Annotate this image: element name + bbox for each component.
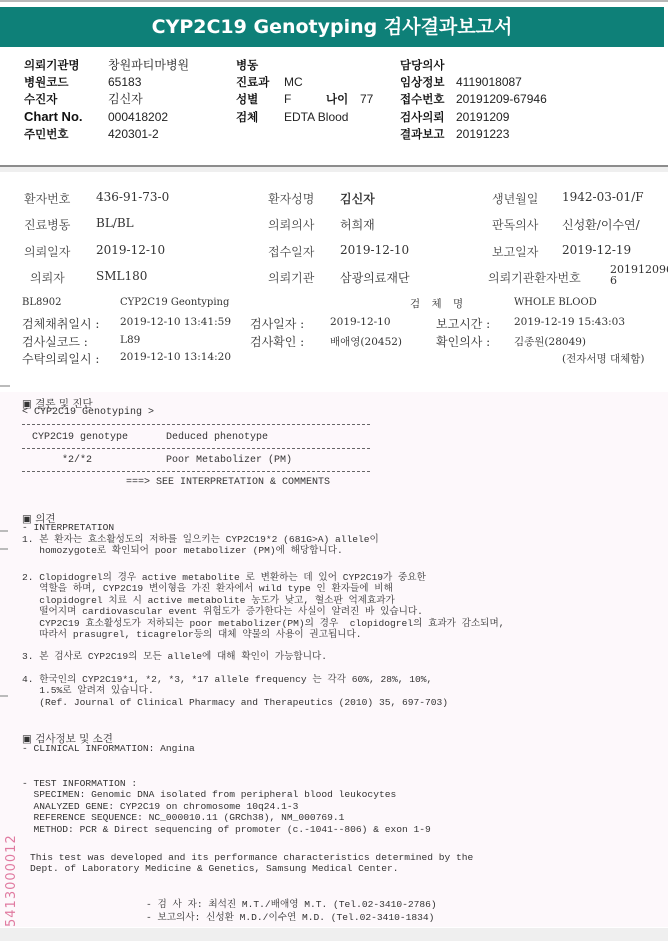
interpretation-item: 4. 한국인의 CYP2C19*1, *2, *3, *17 allele fr… bbox=[22, 674, 448, 708]
table-header: Deduced phenotype bbox=[166, 432, 268, 443]
scan-mark bbox=[0, 548, 8, 550]
esign-note: (전자서명 대체함) bbox=[562, 351, 645, 366]
header-field: 담당의사 bbox=[400, 56, 456, 74]
bottom-border bbox=[0, 928, 668, 941]
header-field: Chart No.000418202 bbox=[24, 108, 168, 126]
vertical-stamp-number: 5413000012 bbox=[4, 832, 26, 930]
table-divider bbox=[22, 424, 370, 425]
patient-field: 환자성명 bbox=[268, 190, 314, 207]
interpretation-item: 2. Clopidogrel의 경우 active metabolite 로 변… bbox=[22, 572, 504, 640]
genotype-value: *2/*2 bbox=[62, 455, 92, 466]
patient-field: 생년월일 bbox=[492, 190, 538, 207]
header-field: 진료과MC bbox=[236, 73, 303, 91]
patient-field: 의뢰자 bbox=[30, 269, 65, 286]
top-border bbox=[0, 0, 668, 2]
phenotype-value: Poor Metabolizer (PM) bbox=[166, 455, 292, 466]
header-field: 성별F bbox=[236, 90, 291, 108]
patient-field: 의뢰일자 bbox=[24, 243, 70, 260]
examiner-line: - 검 사 자: 최석진 M.T./배애영 M.T. (Tel.02-3410-… bbox=[146, 896, 437, 910]
header-field: 접수번호20191209-67946 bbox=[400, 90, 547, 108]
patient-field: 의뢰기관환자번호 bbox=[488, 269, 581, 286]
patient-field: 의뢰의사 bbox=[268, 216, 314, 233]
scan-mark bbox=[0, 530, 8, 532]
patient-field: 판독의사 bbox=[492, 216, 538, 233]
header-field: 병원코드65183 bbox=[24, 73, 141, 91]
report-title-banner: CYP2C19 Genotyping 검사결과보고서 bbox=[0, 7, 664, 47]
validation-note: This test was developed and its performa… bbox=[30, 852, 473, 875]
patient-field: 환자번호 bbox=[24, 190, 70, 207]
report-title: CYP2C19 Genotyping 검사결과보고서 bbox=[152, 16, 513, 38]
header-field: 임상정보4119018087 bbox=[400, 73, 522, 91]
table-header: CYP2C19 genotype bbox=[32, 432, 128, 443]
interpretation-item: 3. 본 검사로 CYP2C19의 모든 allele에 대해 확인이 가능합니… bbox=[22, 651, 327, 662]
patient-field: 접수일자 bbox=[268, 243, 314, 260]
clinical-information: - CLINICAL INFORMATION: Angina bbox=[22, 743, 195, 754]
header-field: 의뢰기관명창원파티마병원 bbox=[24, 56, 189, 74]
table-divider bbox=[22, 471, 370, 472]
patient-field: 진료병동 bbox=[24, 216, 70, 233]
header-field-age: 나이77 bbox=[326, 90, 373, 108]
patient-field: 의뢰기관 bbox=[268, 269, 314, 286]
scan-mark bbox=[0, 385, 10, 387]
header-field: 검사의뢰20191209 bbox=[400, 108, 509, 126]
header-field: 결과보고20191223 bbox=[400, 125, 509, 143]
table-divider bbox=[22, 448, 370, 449]
header-field: 병동 bbox=[236, 56, 284, 74]
reporter-line: - 보고의사: 신성환 M.D./이수연 M.D. (Tel.02-3410-1… bbox=[146, 909, 434, 923]
header-field: 검체EDTA Blood bbox=[236, 108, 348, 126]
scan-mark bbox=[0, 695, 8, 697]
header-field: 수진자김신자 bbox=[24, 90, 143, 108]
interpretation-item: 1. 본 환자는 효소활성도의 저하를 일으키는 CYP2C19*2 (681G… bbox=[22, 534, 379, 557]
header-field: 주민번호420301-2 bbox=[24, 125, 159, 143]
test-information: - TEST INFORMATION : SPECIMEN: Genomic D… bbox=[22, 778, 431, 835]
patient-field: 보고일자 bbox=[492, 243, 538, 260]
